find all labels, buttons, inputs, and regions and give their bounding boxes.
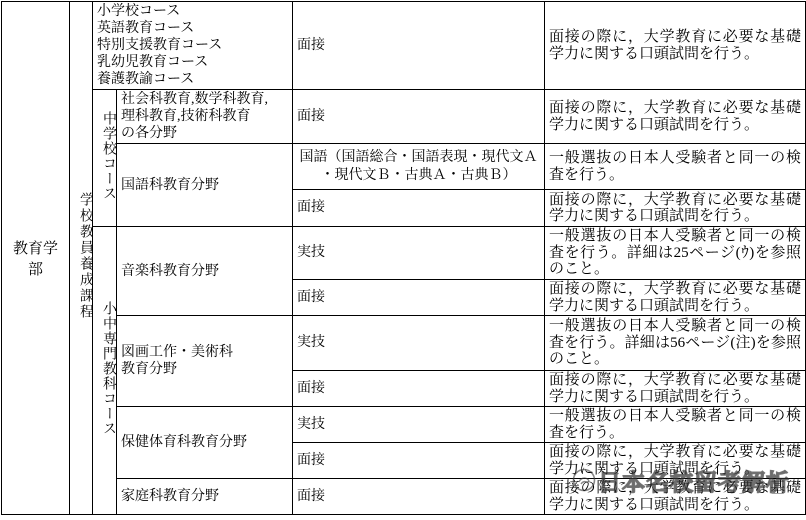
admission-exam-table: 教育学部 学校教員養成課程 小学校コース 英語教育コース 特別支援教育コース 乳… (1, 1, 806, 515)
exam-cell: 面接 (293, 479, 545, 515)
exam-cell: 面接 (293, 443, 545, 479)
table-row: 国語科教育分野 国語（国語総合・国語表現・現代文Ａ ・現代文Ｂ・古典Ａ・古典Ｂ）… (2, 144, 806, 190)
field-cell: 保健体育科教育分野 (117, 407, 293, 479)
program-label: 学校教員養成課程 (74, 192, 93, 320)
course-line: 英語教育コース (97, 20, 288, 37)
note-cell: 一般選抜の日本人受験者と同一の検査を行う。詳細は56ページ(注)を参照のこと。 (545, 316, 806, 371)
course-line: 乳幼児教育コース (97, 54, 288, 71)
field-cell: 図画工作・美術科 教育分野 (117, 316, 293, 407)
elementary-course-list-cell: 小学校コース 英語教育コース 特別支援教育コース 乳幼児教育コース 養護教諭コー… (93, 2, 293, 90)
exam-cell: 国語（国語総合・国語表現・現代文Ａ ・現代文Ｂ・古典Ａ・古典Ｂ） (293, 144, 545, 190)
field-cell: 国語科教育分野 (117, 144, 293, 227)
specialized-course-label: 小中専門教科コース (97, 301, 117, 436)
faculty-cell: 教育学部 (2, 2, 70, 515)
program-cell: 学校教員養成課程 (70, 2, 93, 515)
note-cell: 一般選抜の日本人受験者と同一の検査を行う。詳細は25ページ(ｳ)を参照のこと。 (545, 227, 806, 280)
table-row: 保健体育科教育分野 実技 一般選抜の日本人受験者と同一の検査を行う。 (2, 407, 806, 443)
note-cell: 面接の際に，大学教育に必要な基礎学力に関する口頭試問を行う。 (545, 190, 806, 227)
note-cell: 面接の際に，大学教育に必要な基礎学力に関する口頭試問を行う。 (545, 280, 806, 316)
note-cell: 面接の際に，大学教育に必要な基礎学力に関する口頭試問を行う。 (545, 90, 806, 144)
table-row: 教育学部 学校教員養成課程 小学校コース 英語教育コース 特別支援教育コース 乳… (2, 2, 806, 90)
note-cell: 面接の際に，大学教育に必要な基礎学力に関する口頭試問を行う。 (545, 371, 806, 407)
note-cell: 一般選抜の日本人受験者と同一の検査を行う。 (545, 144, 806, 190)
course-line: 特別支援教育コース (97, 37, 288, 54)
table-row: 中学校コース 社会科教育,数学科教育, 理科教育,技術科教育 の各分野 面接 面… (2, 90, 806, 144)
note-cell: 面接の際に，大学教育に必要な基礎学力に関する口頭試問を行う。 (545, 2, 806, 90)
table-row: 家庭科教育分野 面接 面接の際に，大学教育に必要な基礎学力に関する口頭試問を行う… (2, 479, 806, 515)
junior-high-course-cell: 中学校コース (93, 90, 117, 227)
exam-cell: 面接 (293, 90, 545, 144)
field-cell: 音楽科教育分野 (117, 227, 293, 316)
junior-high-course-label: 中学校コース (97, 111, 117, 201)
note-cell: 面接の際に，大学教育に必要な基礎学力に関する口頭試問を行う。 (545, 479, 806, 515)
exam-cell: 実技 (293, 227, 545, 280)
exam-cell: 面接 (293, 371, 545, 407)
specialized-course-cell: 小中専門教科コース (93, 227, 117, 515)
table-row: 小中専門教科コース 音楽科教育分野 実技 一般選抜の日本人受験者と同一の検査を行… (2, 227, 806, 280)
note-cell: 一般選抜の日本人受験者と同一の検査を行う。 (545, 407, 806, 443)
exam-cell: 面接 (293, 280, 545, 316)
course-line: 養護教諭コース (97, 71, 288, 88)
course-line: 小学校コース (97, 3, 288, 20)
exam-cell: 実技 (293, 316, 545, 371)
note-cell: 面接の際に，大学教育に必要な基礎学力に関する口頭試問を行う。 (545, 443, 806, 479)
table-row: 図画工作・美術科 教育分野 実技 一般選抜の日本人受験者と同一の検査を行う。詳細… (2, 316, 806, 371)
exam-cell: 実技 (293, 407, 545, 443)
field-cell: 家庭科教育分野 (117, 479, 293, 515)
exam-cell: 面接 (293, 2, 545, 90)
field-cell: 社会科教育,数学科教育, 理科教育,技術科教育 の各分野 (117, 90, 293, 144)
exam-cell: 面接 (293, 190, 545, 227)
